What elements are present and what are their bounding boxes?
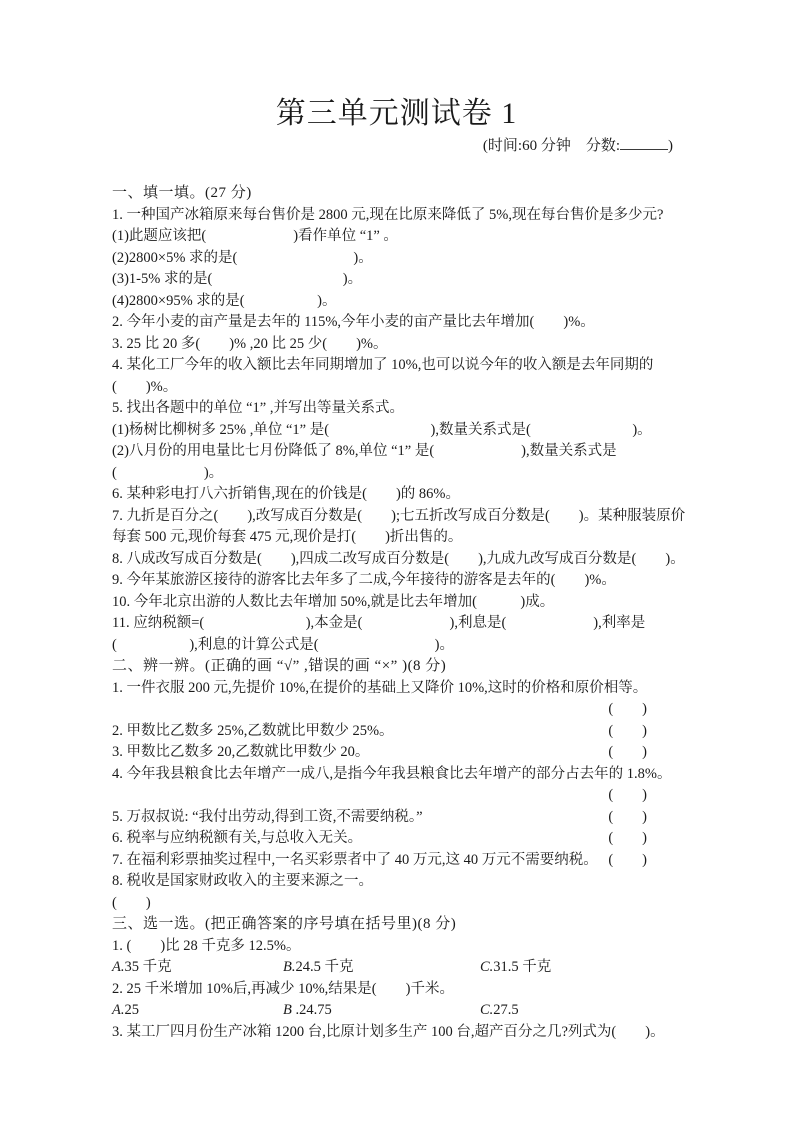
choice-option: A.25: [112, 1000, 283, 1022]
question-line: 6. 某种彩电打八六折销售,现在的价钱是( )的 86%。: [112, 484, 681, 506]
page-title: 第三单元测试卷 1: [112, 94, 681, 133]
question-line: 3. 25 比 20 多( )% ,20 比 25 少( )%。: [112, 334, 681, 356]
question-line: 1. ( )比 28 千克多 12.5%。: [112, 936, 681, 958]
question-line: ( ): [112, 893, 681, 915]
question-line: 2. 甲数比乙数多 25%,乙数就比甲数少 25%。( ): [112, 721, 681, 743]
choice-row: A.35 千克B.24.5 千克C.31.5 千克: [112, 957, 681, 979]
choice-option: B.24.5 千克: [283, 957, 480, 979]
question-line: 4. 今年我县粮食比去年增产一成八,是指今年我县粮食比去年增产的部分占去年的 1…: [112, 764, 681, 786]
exam-meta-close: ): [668, 138, 673, 154]
question-line: 5. 找出各题中的单位 “1” ,并写出等量关系式。: [112, 398, 681, 420]
answer-brackets: ( ): [608, 742, 681, 764]
question-line: 5. 万叔叔说: “我付出劳动,得到工资,不需要纳税。”( ): [112, 807, 681, 829]
question-text: 6. 税率与应纳税额有关,与总收入无关。: [112, 828, 362, 850]
document-body: 一、填一填。(27 分)1. 一种国产冰箱原来每台售价是 2800 元,现在比原…: [112, 183, 681, 1043]
choice-option: C.27.5: [480, 1000, 681, 1022]
test-paper-page: 第三单元测试卷 1 (时间:60 分钟 分数:) 一、填一填。(27 分)1. …: [0, 0, 793, 1122]
question-line: 每套 500 元,现价每套 475 元,现价是打( )折出售的。: [112, 527, 681, 549]
question-line: 8. 八成改写成百分数是( ),四成二改写成百分数是( ),九成九改写成百分数是…: [112, 549, 681, 571]
question-line: 8. 税收是国家财政收入的主要来源之一。: [112, 871, 681, 893]
section-2-heading: 二、辨一辨。(正确的画 “√” ,错误的画 “×” )(8 分): [112, 656, 681, 678]
exam-meta: (时间:60 分钟 分数:): [112, 133, 681, 159]
question-line: 10. 今年北京出游的人数比去年增加 50%,就是比去年增加( )成。: [112, 592, 681, 614]
question-text: 2. 甲数比乙数多 25%,乙数就比甲数少 25%。: [112, 721, 394, 743]
answer-brackets: ( ): [608, 850, 681, 872]
question-line: 4. 某化工厂今年的收入额比去年同期增加了 10%,也可以说今年的收入额是去年同…: [112, 355, 681, 377]
question-line: ( )。: [112, 463, 681, 485]
question-line: 7. 在福利彩票抽奖过程中,一名买彩票者中了 40 万元,这 40 万元不需要纳…: [112, 850, 681, 872]
question-line: (1)杨树比柳树多 25% ,单位 “1” 是( ),数量关系式是( )。: [112, 420, 681, 442]
choice-option: B .24.75: [283, 1000, 480, 1022]
exam-meta-label: (时间:60 分钟 分数:: [483, 138, 620, 154]
question-line: 3. 甲数比乙数多 20,乙数就比甲数少 20。( ): [112, 742, 681, 764]
question-line: (3)1-5% 求的是( )。: [112, 269, 681, 291]
answer-brackets: ( ): [608, 828, 681, 850]
question-line: 11. 应纳税额=( ),本金是( ),利息是( ),利率是: [112, 613, 681, 635]
question-line: (4)2800×95% 求的是( )。: [112, 291, 681, 313]
answer-brackets: ( ): [112, 699, 681, 721]
answer-brackets: ( ): [608, 807, 681, 829]
question-line: 2. 今年小麦的亩产量是去年的 115%,今年小麦的亩产量比去年增加( )%。: [112, 312, 681, 334]
question-line: 6. 税率与应纳税额有关,与总收入无关。( ): [112, 828, 681, 850]
score-blank: [620, 135, 668, 150]
question-text: 7. 在福利彩票抽奖过程中,一名买彩票者中了 40 万元,这 40 万元不需要纳…: [112, 850, 598, 872]
question-line: 7. 九折是百分之( ),改写成百分数是( );七五折改写成百分数是( )。某种…: [112, 506, 681, 528]
question-line: (2)八月份的用电量比七月份降低了 8%,单位 “1” 是( ),数量关系式是: [112, 441, 681, 463]
question-line: 1. 一种国产冰箱原来每台售价是 2800 元,现在比原来降低了 5%,现在每台…: [112, 205, 681, 227]
question-line: 9. 今年某旅游区接待的游客比去年多了二成,今年接待的游客是去年的( )%。: [112, 570, 681, 592]
question-line: ( )%。: [112, 377, 681, 399]
choice-option: A.35 千克: [112, 957, 283, 979]
choice-option: C.31.5 千克: [480, 957, 681, 979]
section-1-heading: 一、填一填。(27 分): [112, 183, 681, 205]
question-line: (2)2800×5% 求的是( )。: [112, 248, 681, 270]
question-line: (1)此题应该把( )看作单位 “1” 。: [112, 226, 681, 248]
question-line: 2. 25 千米增加 10%后,再减少 10%,结果是( )千米。: [112, 979, 681, 1001]
question-line: 3. 某工厂四月份生产冰箱 1200 台,比原计划多生产 100 台,超产百分之…: [112, 1022, 681, 1044]
answer-brackets: ( ): [608, 721, 681, 743]
question-text: 3. 甲数比乙数多 20,乙数就比甲数少 20。: [112, 742, 369, 764]
question-line: 1. 一件衣服 200 元,先提价 10%,在提价的基础上又降价 10%,这时的…: [112, 678, 681, 700]
answer-brackets: ( ): [112, 785, 681, 807]
section-3-heading: 三、选一选。(把正确答案的序号填在括号里)(8 分): [112, 914, 681, 936]
question-text: 5. 万叔叔说: “我付出劳动,得到工资,不需要纳税。”: [112, 807, 423, 829]
question-line: ( ),利息的计算公式是( )。: [112, 635, 681, 657]
choice-row: A.25B .24.75C.27.5: [112, 1000, 681, 1022]
